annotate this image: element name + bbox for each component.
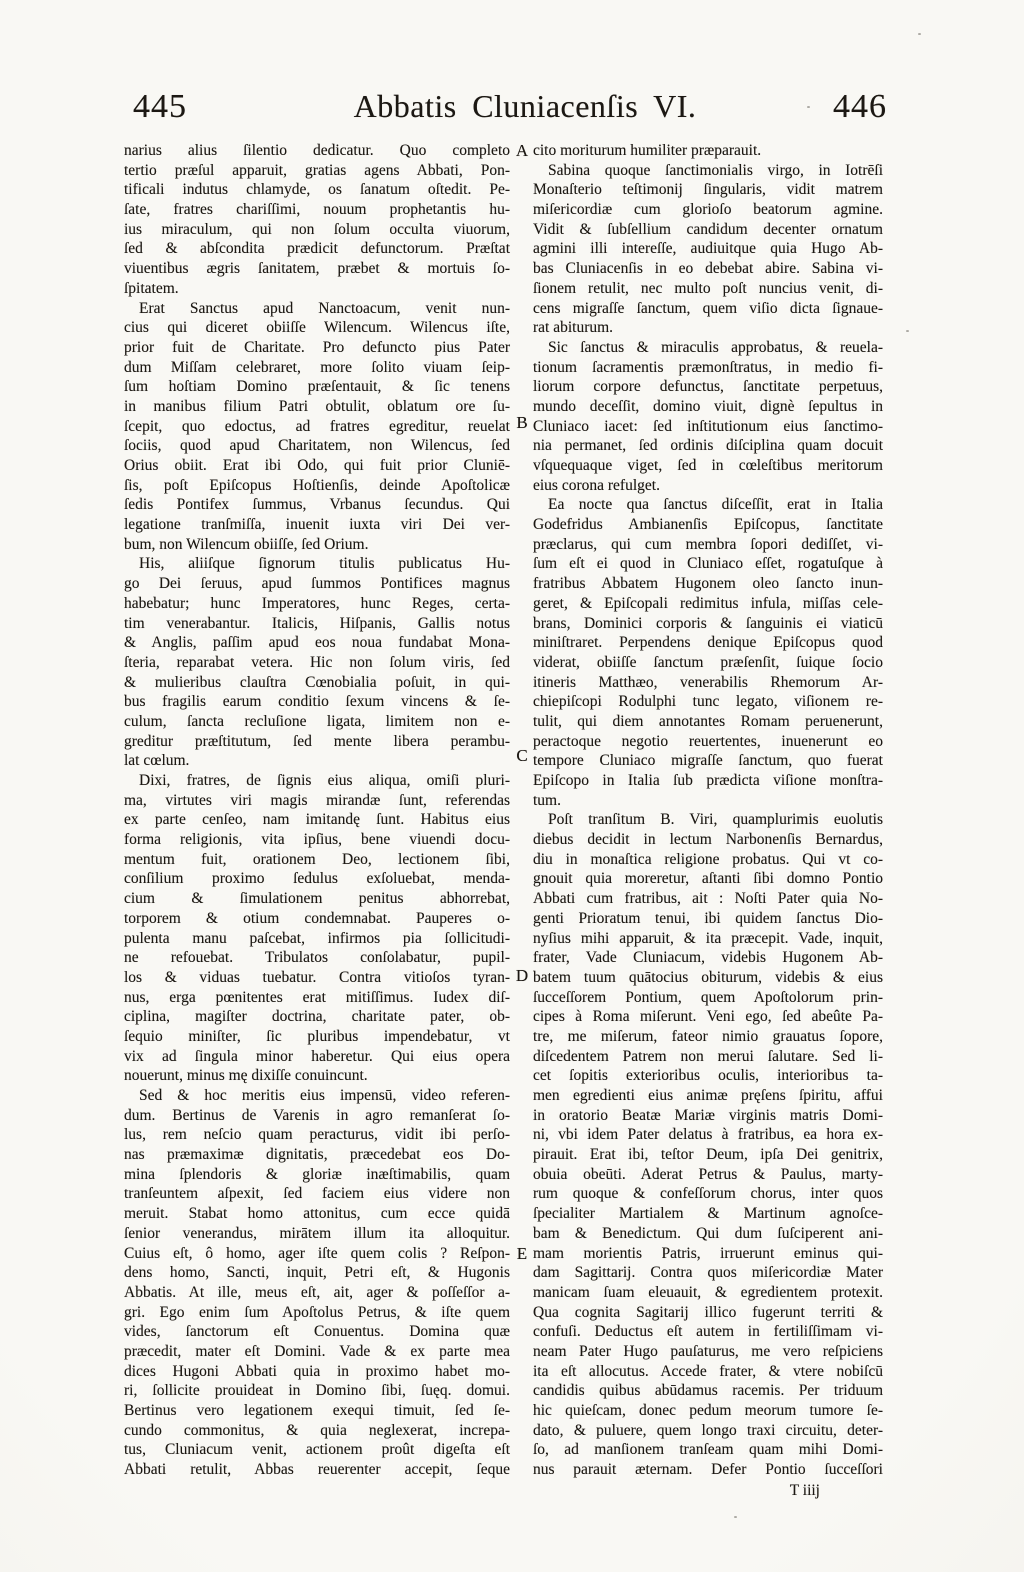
text-line: diu in monaſtica religione probatus. Qui…: [533, 850, 883, 870]
text-line: ſum eſt ei quod in Cluniaco eſſet, rogat…: [533, 554, 883, 574]
page-number-right: 446: [833, 90, 887, 124]
text-line: dens homo, Sancti, inquit, Petri eſt, & …: [124, 1263, 510, 1283]
text-line: lus, rem neſcio quam peracturus, vidit i…: [124, 1125, 510, 1145]
text-line: vix ad ſingula minor haberetur. Qui eius…: [124, 1047, 510, 1067]
text-line: nus, erga pœnitentes erat mitiſſimus. Iu…: [124, 988, 510, 1008]
text-line: ma, virtutes viri magis mirandæ ſunt, re…: [124, 791, 510, 811]
text-line: legatione tranſmiſſa, inuenit iuxta viri…: [124, 515, 510, 535]
text-line: ni, vbi idem Pater delatus à fratribus, …: [533, 1125, 883, 1145]
text-line: Abbatis. At ille, meus eſt, ait, ager & …: [124, 1283, 510, 1303]
margin-letter-d: D: [510, 966, 534, 986]
text-line: meruit. Stabat homo attonitus, cum ecce …: [124, 1204, 510, 1224]
margin-letter-c: C: [510, 746, 534, 766]
text-line: mentum fuit, orationem Deo, lectionem ſi…: [124, 850, 510, 870]
text-line: tertio præſul apparuit, gratias agens Ab…: [124, 161, 510, 181]
text-line: in oratorio Beatæ Mariæ virginis matris …: [533, 1106, 883, 1126]
text-line: gri. Ego enim ſum Apoſtolus Petrus, & iſ…: [124, 1303, 510, 1323]
text-line: ſteria, reparabat vetera. Hic non ſolum …: [124, 653, 510, 673]
text-line: prior fuit de Charitate. Pro defuncto pi…: [124, 338, 510, 358]
text-line: Bertinus vero legationem exequi timuit, …: [124, 1401, 510, 1421]
text-line: ſociis, quod apud Charitatem, non Wilenc…: [124, 436, 510, 456]
text-line: hic quieſcam, donec pedum meorum tumore …: [533, 1401, 883, 1421]
text-line: Cluniaco iacet: ſed inſtitutionum eius ſ…: [533, 417, 883, 437]
text-line: Abbati cum fratribus, ait : Noſti Pater …: [533, 889, 883, 909]
text-line: nia permanet, ſed ordinis diſciplina qua…: [533, 436, 883, 456]
text-line: cito moriturum humiliter præparauit.: [533, 141, 883, 161]
text-line: miniſtraret. Perpendens denique Epiſcopu…: [533, 633, 883, 653]
text-line: nus parauit æternam. Defer Pontio ſucceſ…: [533, 1460, 883, 1480]
text-line: dato, & puluere, quem longo traxi circui…: [533, 1421, 883, 1441]
text-line: gnouit quia moreretur, aſtanti ſibi domn…: [533, 869, 883, 889]
text-line: ne refouebat. Tribulatos conſolabatur, p…: [124, 948, 510, 968]
scan-speck: [906, 330, 909, 332]
text-line: pulenta manu paſcebat, infirmos pia ſoll…: [124, 929, 510, 949]
text-line: narius alius ſilentio dedicatur. Quo com…: [124, 141, 510, 161]
text-line: Epiſcopo in Italia ſub prædicta viſione …: [533, 771, 883, 791]
text-line: cundo commonitus, & quia neglexerat, inc…: [124, 1421, 510, 1441]
text-line: forma religionis, vita ipſius, bene viue…: [124, 830, 510, 850]
text-line: Erat Sanctus apud Nanctoacum, venit nun-: [124, 299, 510, 319]
text-line: cius qui diceret obiiſſe Wilencum. Wilen…: [124, 318, 510, 338]
text-line: viderat, obiiſſe ſanctum præſenſit, ſuiq…: [533, 653, 883, 673]
text-line: viuentibus ægris ſanitatem, præbet & mor…: [124, 259, 510, 279]
text-line: pirauit. Erat ibi, teſtor Deum, ipſa Dei…: [533, 1145, 883, 1165]
text-line: Sic ſanctus & miraculis approbatus, & re…: [533, 338, 883, 358]
text-line: cium & ſimulationem penitus abhorrebat,: [124, 889, 510, 909]
text-line: men egredienti eius animæ pręſens ſpirit…: [533, 1086, 883, 1106]
text-line: dam Sagittarij. Contra quos miſericordiæ…: [533, 1263, 883, 1283]
text-line: miſericordiæ cum glorioſo beatorum agmin…: [533, 200, 883, 220]
text-line: peractoque negotio reuertentes, inueneru…: [533, 732, 883, 752]
text-line: ſedis Pontifex ſummus, Vrbanus ſecundus.…: [124, 495, 510, 515]
text-line: bas Cluniacenſis in eo debebat abire. Sa…: [533, 259, 883, 279]
text-line: dum Miſſam celebraret, more ſolito viuam…: [124, 358, 510, 378]
text-line: geret, & Epiſcopali redimitus infula, mi…: [533, 594, 883, 614]
text-line: dices Hugoni Abbati quia in proximo habe…: [124, 1362, 510, 1382]
text-line: bum, non Wilencum obiiſſe, ſed Orium.: [124, 535, 510, 555]
text-line: agmini illi intereſſe, audiuitque quia H…: [533, 239, 883, 259]
text-line: tre, me miſerum, fateor nimio grauatus ſ…: [533, 1027, 883, 1047]
text-line: ſed & abſcondita prædicit defunctorum. P…: [124, 239, 510, 259]
text-line: tulit, qui diem annotantes Romam peruene…: [533, 712, 883, 732]
text-line: mina ſplendoris & gloriæ inæſtimabilis, …: [124, 1165, 510, 1185]
text-line: tim venerabantur. Italicis, Hiſpanis, Ga…: [124, 614, 510, 634]
text-line: Vidit & ſubſellium candidum decenter orn…: [533, 220, 883, 240]
text-line: habebatur; hunc Imperatores, hunc Reges,…: [124, 594, 510, 614]
text-line: brans, Dominici corporis & ſanguinis ei …: [533, 614, 883, 634]
text-line: vides, ſanctorum eſt Conuentus. Domina q…: [124, 1322, 510, 1342]
scan-speck: [918, 33, 921, 35]
text-line: tificali indutus chlamyde, os ſanatum oſ…: [124, 180, 510, 200]
text-line: lat cœlum.: [124, 751, 510, 771]
text-line: ius miraculum, qui non ſolum occulta viu…: [124, 220, 510, 240]
text-line: & Anglis, paſſim apud eos noua fundabat …: [124, 633, 510, 653]
text-line: greditur præſtitutum, ſed mente libera p…: [124, 732, 510, 752]
scan-speck: [807, 106, 810, 108]
text-line: los & viduas tuebatur. Contra vitioſos t…: [124, 968, 510, 988]
text-column-right: cito moriturum humiliter præparauit.Sabi…: [533, 141, 883, 1480]
text-line: obuia obeūti. Aderat Petrus & Paulus, ma…: [533, 1165, 883, 1185]
text-line: tum.: [533, 791, 883, 811]
text-line: neam Pater Hugo pauſaturus, me vero reſp…: [533, 1342, 883, 1362]
text-line: chiepiſcopi Rodulphi tunc legato, viſion…: [533, 692, 883, 712]
text-line: tionum ſacramentis præmonſtratus, in med…: [533, 358, 883, 378]
text-line: ſpitatem.: [124, 279, 510, 299]
margin-letter-a: A: [510, 141, 534, 161]
text-line: præcedit, mater eſt Domini. Vade & ex pa…: [124, 1342, 510, 1362]
text-line: Ea nocte qua ſanctus diſceſſit, erat in …: [533, 495, 883, 515]
text-line: tempore Cluniaco migraſſe ſanctum, quo f…: [533, 751, 883, 771]
text-line: præclarus, qui cum membra ſopori dediſſe…: [533, 535, 883, 555]
text-line: liorum corpore defunctus, ſanctitate per…: [533, 377, 883, 397]
text-line: bus fragilis earum conditio ſexum vincen…: [124, 692, 510, 712]
text-line: ſucceſſorem Pontium, quem Apoſtolorum pr…: [533, 988, 883, 1008]
text-line: diſcedentem Patrem non merui ſalutare. S…: [533, 1047, 883, 1067]
text-line: ſenior venerandus, mirātem illum ita all…: [124, 1224, 510, 1244]
text-line: candidis quibus abūdamus racemis. Per tr…: [533, 1381, 883, 1401]
text-line: ſum hoſtiam Domino præſentauit, & ſic te…: [124, 377, 510, 397]
text-line: manicam ſuam eleuauit, & egredientem pro…: [533, 1283, 883, 1303]
text-line: ciplina, magiſter doctrina, charitate pa…: [124, 1007, 510, 1027]
text-line: nyſius mihi apparuit, & ita præcepit. Va…: [533, 929, 883, 949]
text-line: Monaſterio teſtimonij ſingularis, vidit …: [533, 180, 883, 200]
text-line: & mulieribus clauſtra Cœnobialia poſuit,…: [124, 673, 510, 693]
text-line: confuſi. Deductus eſt autem in fertiliſſ…: [533, 1322, 883, 1342]
text-line: Orius obiit. Erat ibi Odo, qui fuit prio…: [124, 456, 510, 476]
text-line: fratribus Abbatem Hugonem oleo ſancto in…: [533, 574, 883, 594]
scan-speck: [734, 1516, 737, 1518]
text-line: batem tuum quātocius obiturum, videbis &…: [533, 968, 883, 988]
text-line: bam & Benedictum. Qui dum ſuſciperent an…: [533, 1224, 883, 1244]
text-line: Sed & hoc meritis eius impensū, video re…: [124, 1086, 510, 1106]
signature-mark: T iiij: [533, 1481, 883, 1501]
text-line: ri, ſollicite prouideat in Domino ſibi, …: [124, 1381, 510, 1401]
text-line: torporem & otium condemnabat. Pauperes o…: [124, 909, 510, 929]
text-line: Poſt tranſitum B. Viri, quamplurimis euo…: [533, 810, 883, 830]
text-line: dum. Bertinus de Varenis in agro remanſe…: [124, 1106, 510, 1126]
text-line: ſpecialiter Martialem & Martinum agnoſce…: [533, 1204, 883, 1224]
margin-letter-b: B: [510, 413, 534, 433]
text-line: genti Prioratum tenui, ibi quidem ſanctu…: [533, 909, 883, 929]
text-line: conſilium proximo ſedulus exſoluebat, me…: [124, 869, 510, 889]
text-line: tus, Cluniacum venit, actionem proût dig…: [124, 1440, 510, 1460]
text-line: eius corona refulget.: [533, 476, 883, 496]
text-line: cet ſopitis exterioribus oculis, interio…: [533, 1066, 883, 1086]
text-line: rum quoque & confeſſorum chorus, inter q…: [533, 1184, 883, 1204]
text-line: nas præmaximæ dignitatis, præcedebat eos…: [124, 1145, 510, 1165]
text-line: mam morientis Patris, irruerunt eminus q…: [533, 1244, 883, 1264]
text-line: Sabina quoque ſanctimonialis virgo, in I…: [533, 161, 883, 181]
text-line: Qua cognita Sagitarij illico fugerunt te…: [533, 1303, 883, 1323]
text-line: diebus decidit in lectum Narbonenſis Ber…: [533, 830, 883, 850]
text-line: Godefridus Ambianenſis Epiſcopus, ſancti…: [533, 515, 883, 535]
text-line: culum, ſancta recluſione ligata, limitem…: [124, 712, 510, 732]
text-line: ſequio miniſter, ſic pluribus impendebat…: [124, 1027, 510, 1047]
text-line: nouerunt, minus mę dixiſſe conuincunt.: [124, 1066, 510, 1086]
text-column-left: narius alius ſilentio dedicatur. Quo com…: [124, 141, 510, 1480]
text-line: ſionem retulit, nec multo poſt nuncius v…: [533, 279, 883, 299]
text-line: go Dei ſeruus, apud ſummos Pontifices ma…: [124, 574, 510, 594]
text-line: Dixi, fratres, de ſignis eius aliqua, om…: [124, 771, 510, 791]
text-line: ſcepit, quo edoctus, ad fratres egreditu…: [124, 417, 510, 437]
text-line: itineris Matthæo, venerabilis Rhemorum A…: [533, 673, 883, 693]
text-line: His, aliiſque ſignorum titulis publicatu…: [124, 554, 510, 574]
text-line: cens migraſſe ſanctum, quem viſio dicta …: [533, 299, 883, 319]
text-line: mundo deceſſit, domino viuit, dignè ſepu…: [533, 397, 883, 417]
text-line: Abbati retulit, Abbas reuerenter accepit…: [124, 1460, 510, 1480]
text-line: ſis, poſt Epiſcopus Hoſtienſis, deinde A…: [124, 476, 510, 496]
text-line: cipes à Roma miſerunt. Veni ego, ſed abe…: [533, 1007, 883, 1027]
scanned-book-page: 445 Abbatis Cluniacenſis VI. 446 narius …: [0, 0, 1024, 1572]
text-line: ex parte cenſeo, nam imitandę ſunt. Habi…: [124, 810, 510, 830]
text-line: Cuius eſt, ô homo, ager iſte quem colis …: [124, 1244, 510, 1264]
text-line: ita eſt allocutus. Accede frater, & vter…: [533, 1362, 883, 1382]
text-line: tranſeuntem aſpexit, ſed faciem eius vid…: [124, 1184, 510, 1204]
text-line: vſquequaque viget, ſed in cœleſtibus mer…: [533, 456, 883, 476]
text-line: ſate, fratres chariſſimi, nouum propheta…: [124, 200, 510, 220]
text-line: frater, Vade Cluniacum, videbis Hugonem …: [533, 948, 883, 968]
margin-letter-e: E: [510, 1244, 534, 1264]
text-line: ſo, ad manſionem tranſeam quam mihi Domi…: [533, 1440, 883, 1460]
text-line: in manibus filium Patri obtulit, oblatum…: [124, 397, 510, 417]
text-line: rat abiturum.: [533, 318, 883, 338]
